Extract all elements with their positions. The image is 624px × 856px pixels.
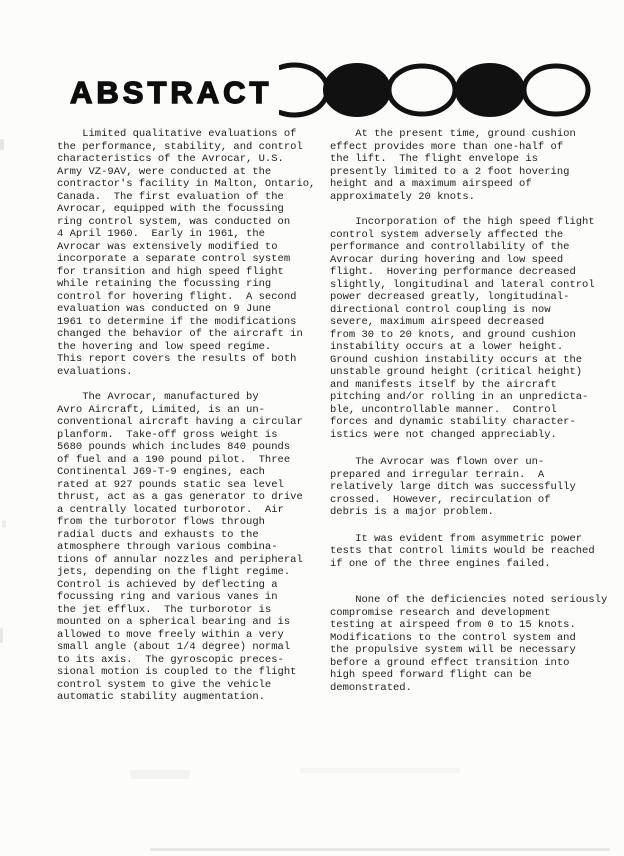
- abstract-body: Limited qualitative evaluations of the p…: [57, 128, 614, 704]
- paragraph-conclusions: None of the deficiencies noted seriously…: [330, 594, 614, 694]
- scan-artifact: [2, 520, 6, 528]
- scan-artifact: [300, 768, 460, 773]
- scan-artifact: [150, 848, 610, 851]
- document-page: ABSTRACT Limited qualitative evaluations…: [0, 0, 624, 856]
- paragraph-ground-cushion: At the present time, ground cushion effe…: [330, 128, 614, 203]
- scan-artifact: [0, 628, 3, 643]
- left-column: Limited qualitative evaluations of the p…: [57, 128, 319, 704]
- ellipse-chain-icon: [279, 59, 591, 121]
- paragraph-control-system-effects: Incorporation of the high speed flight c…: [330, 216, 614, 441]
- paragraph-evaluations-overview: Limited qualitative evaluations of the p…: [57, 128, 319, 378]
- paragraph-terrain-tests: The Avrocar was flown over un- prepared …: [330, 456, 614, 519]
- page-title: ABSTRACT: [70, 77, 273, 108]
- right-column: At the present time, ground cushion effe…: [330, 128, 614, 704]
- masthead: ABSTRACT: [70, 62, 591, 122]
- paragraph-aircraft-description: The Avrocar, manufactured by Avro Aircra…: [57, 391, 319, 704]
- scan-artifact: [0, 139, 4, 150]
- paragraph-asymmetric-power: It was evident from asymmetric power tes…: [330, 533, 614, 571]
- scan-artifact: [130, 770, 190, 779]
